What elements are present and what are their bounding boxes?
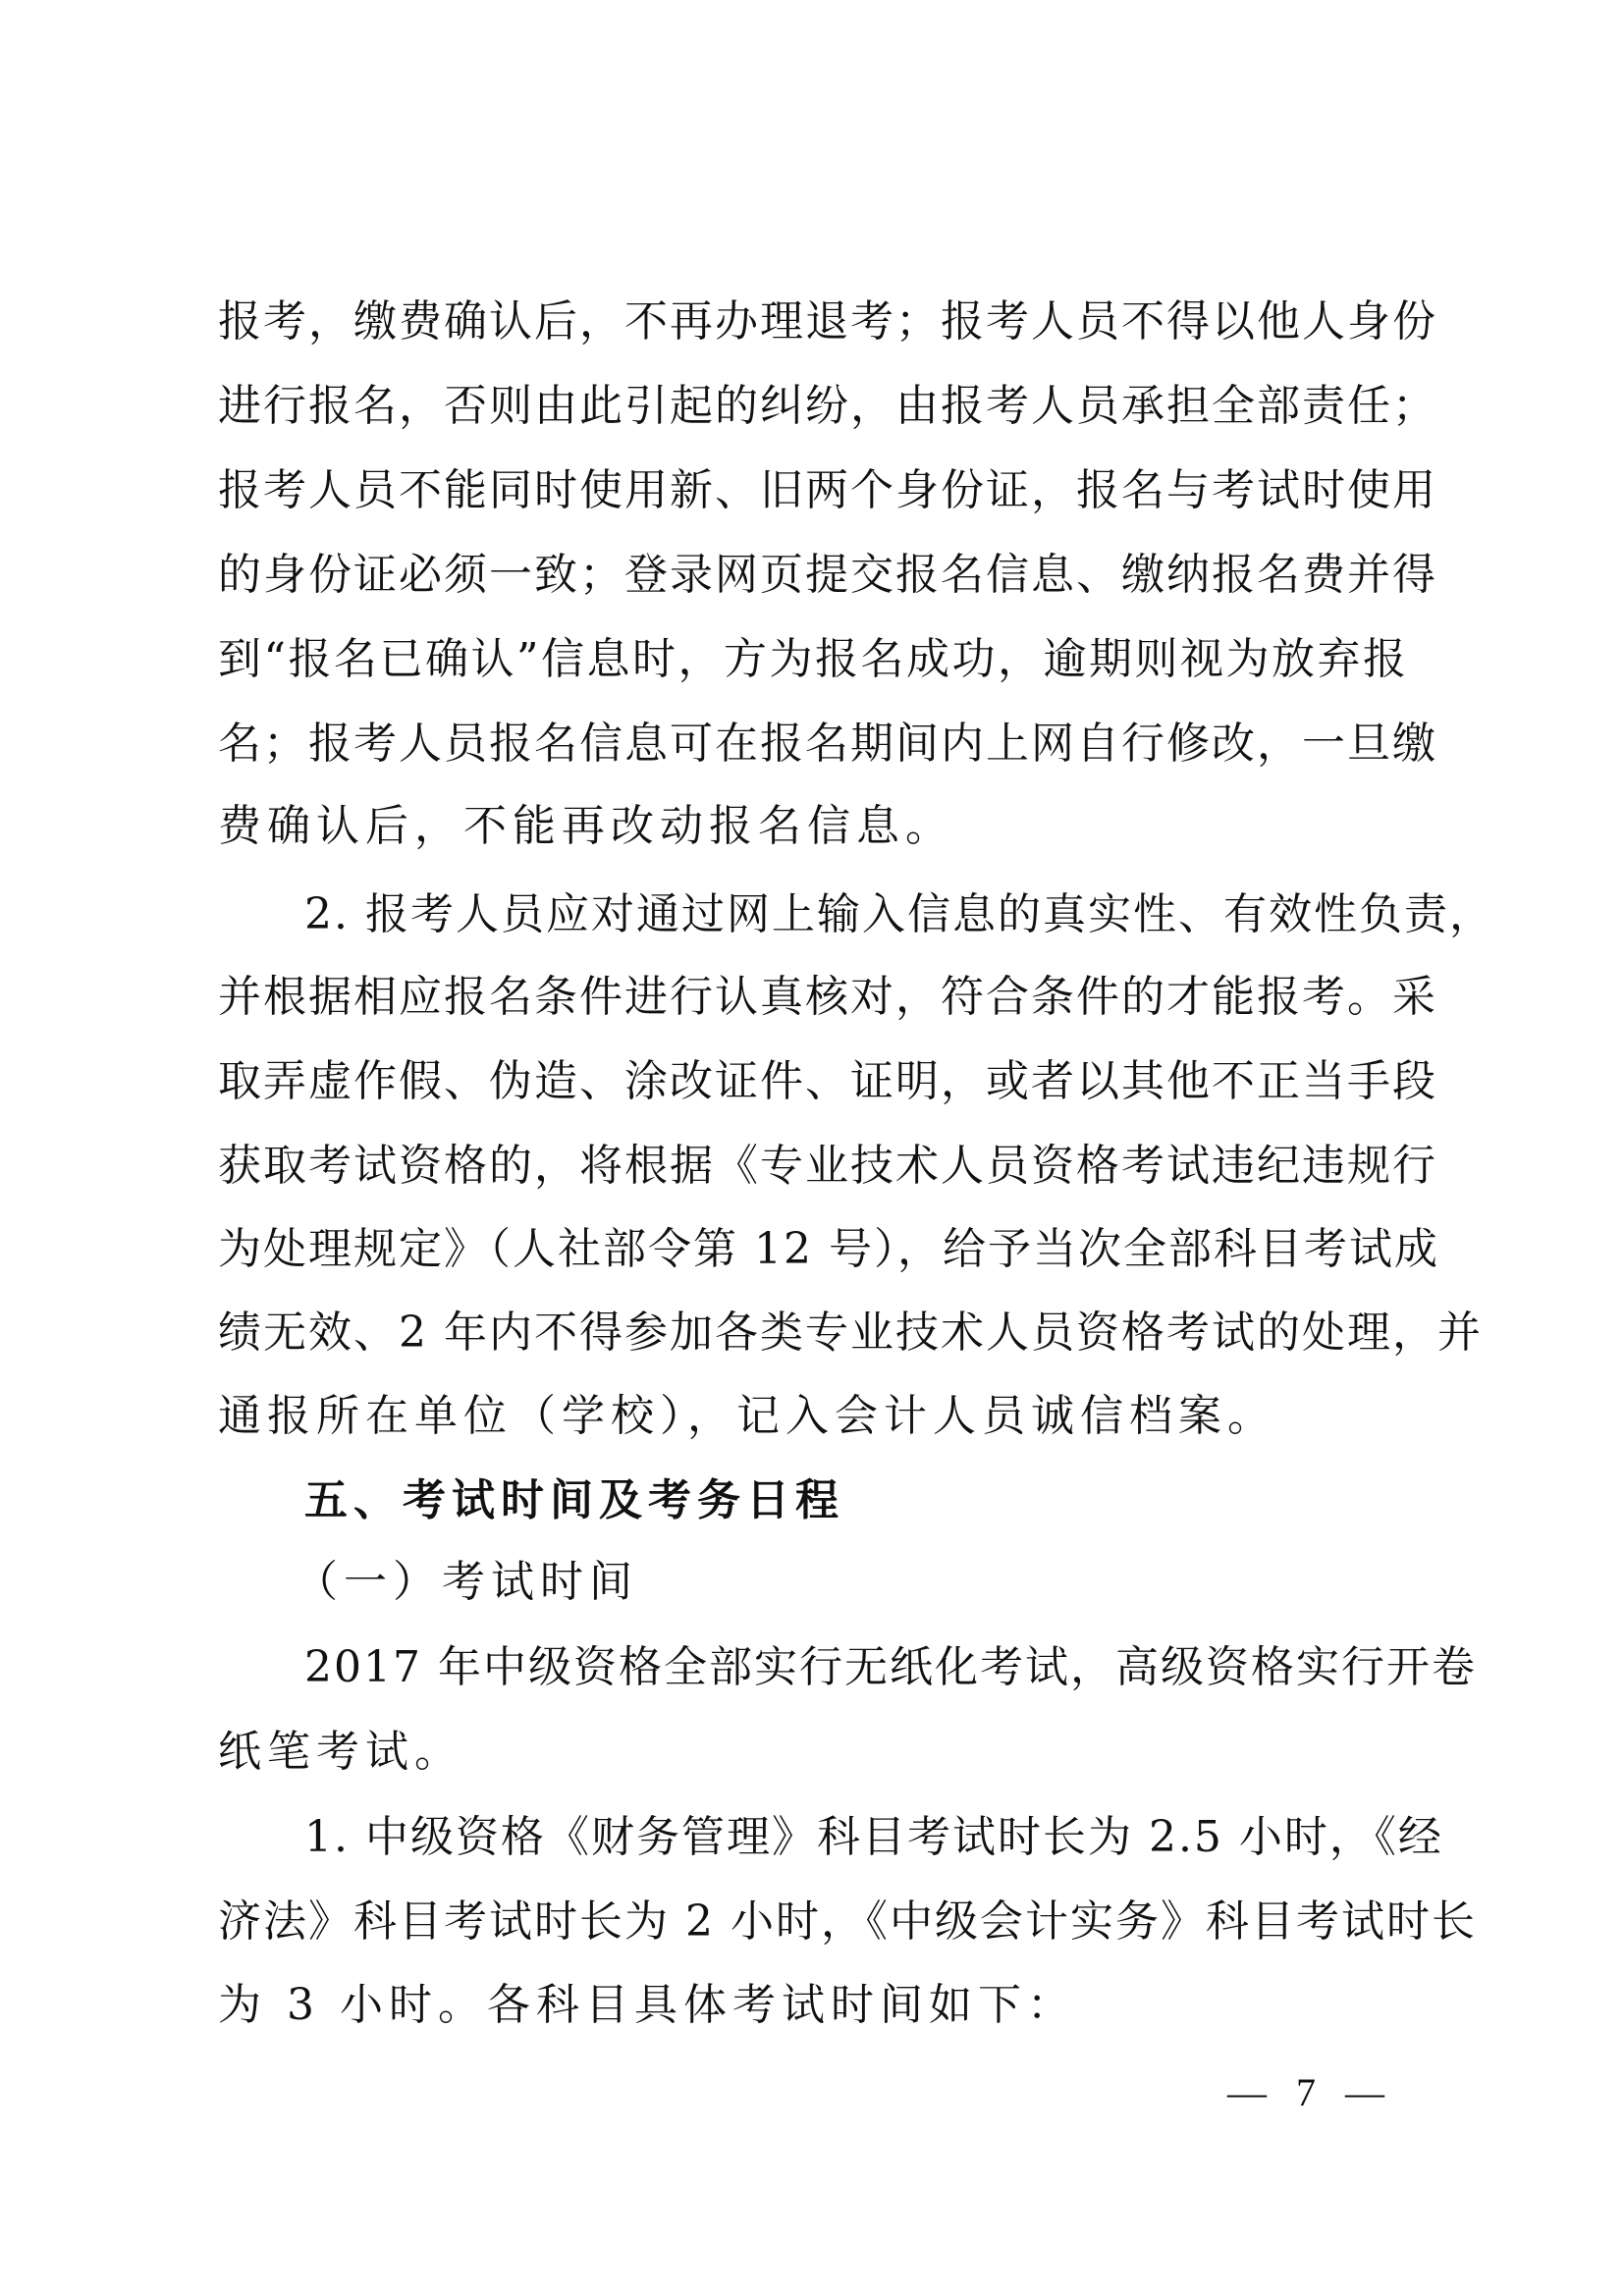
paragraph-line: 并根据相应报名条件进行认真核对，符合条件的才能报考。采 [218,968,1408,1027]
paragraph-line: 2017 年中级资格全部实行无纸化考试，高级资格实行开卷 [304,1638,1408,1697]
document-page: 报考，缴费确认后，不再办理退考；报考人员不得以他人身份 进行报名，否则由此引起的… [0,0,1624,2296]
paragraph-line: 的身份证必须一致；登录网页提交报名信息、缴纳报名费并得 [218,546,1408,605]
paragraph-line: 2. 报考人员应对通过网上输入信息的真实性、有效性负责， [304,885,1408,944]
paragraph-line: 济法》科目考试时长为 2 小时，《中级会计实务》科目考试时长 [218,1893,1408,1951]
paragraph-line: 名；报考人员报名信息可在报名期间内上网自行修改，一旦缴 [218,715,1408,774]
paragraph-line: 报考人员不能同时使用新、旧两个身份证，报名与考试时使用 [218,461,1408,520]
subsection-heading: （一）考试时间 [295,1553,1398,1612]
paragraph-line: 获取考试资格的，将根据《专业技术人员资格考试违纪违规行 [218,1137,1408,1196]
paragraph-line: 到“报名已确认”信息时，方为报名成功，逾期则视为放弃报 [218,630,1408,689]
paragraph-line: 绩无效、2 年内不得参加各类专业技术人员资格考试的处理，并 [218,1304,1408,1362]
paragraph-line: 纸笔考试。 [218,1723,1408,1782]
page-number: — 7 — [1227,2063,1394,2122]
paragraph-line: 为处理规定》（人社部令第 12 号），给予当次全部科目考试成 [218,1220,1408,1279]
paragraph-line: 通报所在单位（学校），记入会计人员诚信档案。 [218,1387,1408,1446]
paragraph-line: 进行报名，否则由此引起的纠纷，由报考人员承担全部责任； [218,377,1408,436]
paragraph-line: 费确认后，不能再改动报名信息。 [218,797,1408,856]
paragraph-line: 为 3 小时。各科目具体考试时间如下： [218,1976,1408,2035]
section-heading: 五、考试时间及考务日程 [304,1471,1408,1530]
paragraph-line: 1. 中级资格《财务管理》科目考试时长为 2.5 小时，《经 [304,1808,1408,1867]
paragraph-line: 取弄虚作假、伪造、涂改证件、证明，或者以其他不正当手段 [218,1052,1408,1111]
paragraph-line: 报考，缴费确认后，不再办理退考；报考人员不得以他人身份 [218,293,1408,351]
